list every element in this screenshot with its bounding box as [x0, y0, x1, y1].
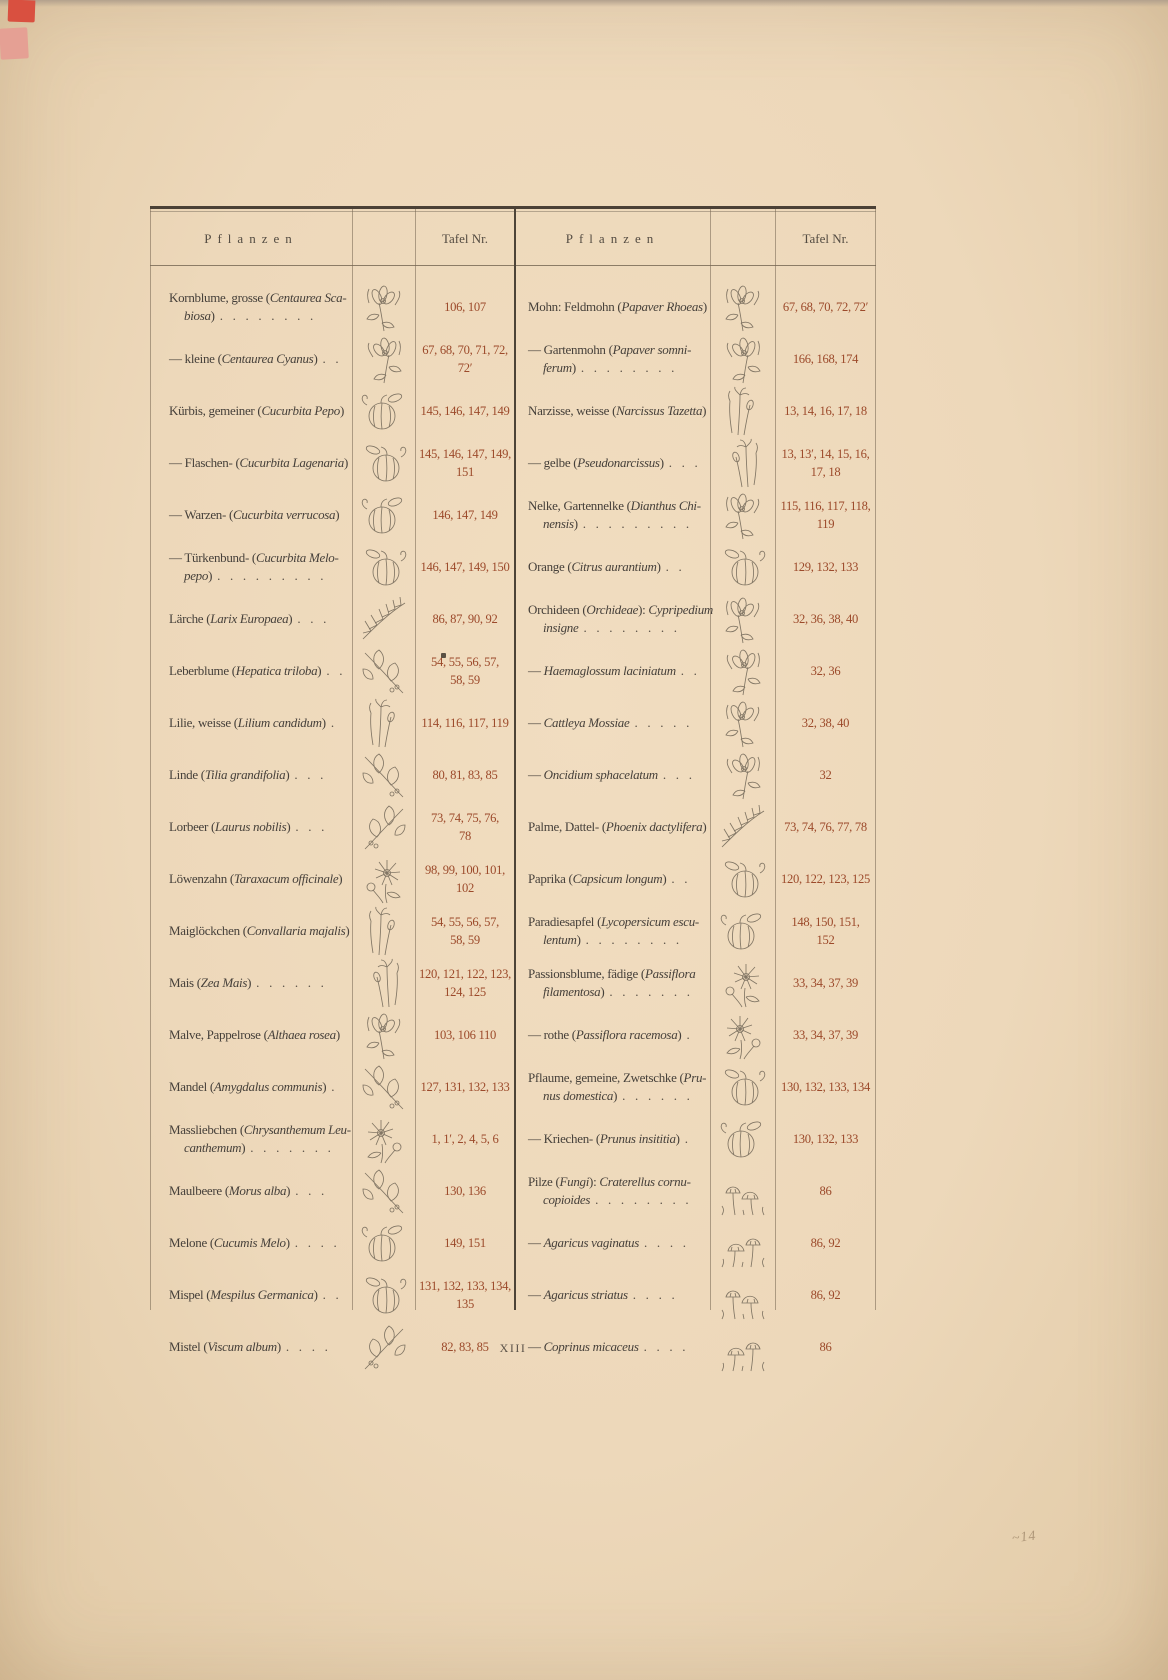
- index-entry: Maulbeere (Morus alba). . .130, 136: [150, 1165, 515, 1217]
- latin-name: Passiflora racemosa: [576, 1027, 678, 1042]
- index-column-left: Kornblume, grosse (Centaurea Sca-biosa).…: [150, 266, 515, 1310]
- plant-name: Leberblume (Hepatica triloba). .: [150, 662, 352, 680]
- plant-name-text: Mohn: Feldmohn (: [528, 299, 621, 314]
- dot-leader: . . .: [290, 1183, 324, 1198]
- plant-name-text: —: [528, 767, 544, 782]
- latin-name: Larix Europaea: [210, 611, 288, 626]
- plant-name-text: Pflaume, gemeine, Zwetschke (: [528, 1070, 684, 1085]
- plant-name-text: Paprika (: [528, 871, 573, 886]
- latin-name: Agaricus striatus: [544, 1287, 628, 1302]
- plate-numbers: 106, 107: [415, 298, 515, 316]
- plate-numbers: 32, 36: [775, 662, 876, 680]
- plant-name-text: Malve, Pappelrose (: [169, 1027, 268, 1042]
- latin-name: biosa: [184, 308, 211, 323]
- plate-numbers: 86, 92: [775, 1234, 876, 1252]
- index-entry: Mohn: Feldmohn (Papaver Rhoeas)67, 68, 7…: [515, 281, 876, 333]
- plant-name: — Cattleya Mossiae. . . . .: [515, 714, 710, 732]
- latin-name: ferum: [543, 360, 572, 375]
- header-plate-right: Tafel Nr.: [775, 231, 876, 247]
- latin-name: nus domestica: [543, 1088, 613, 1103]
- plant-name-text: ): [702, 403, 706, 418]
- plant-name-text: Kürbis, gemeiner (: [169, 403, 261, 418]
- plate-numbers: 166, 168, 174: [775, 350, 876, 368]
- plant-name: Mispel (Mespilus Germanica). .: [150, 1286, 352, 1304]
- almond-leaf-illustration: [352, 1061, 415, 1113]
- plant-name-text: Lorbeer (: [169, 819, 215, 834]
- dot-leader: . . .: [292, 611, 326, 626]
- latin-name: Passiflora: [645, 966, 695, 981]
- mulberry-leaf-illustration: [352, 1165, 415, 1217]
- white-narcissus-illustration: [710, 385, 775, 437]
- medlar-fruit-illustration: [352, 1269, 415, 1321]
- dot-leader: . . . . . . . .: [590, 1192, 688, 1207]
- latin-name: Zea Mais: [201, 975, 247, 990]
- latin-name: filamentosa: [543, 984, 600, 999]
- plant-name: Passionsblume, fädige (Passiflorafilamen…: [515, 965, 710, 1002]
- hollyhock-flower-illustration: [352, 1009, 415, 1061]
- plant-name: Maulbeere (Morus alba). . .: [150, 1182, 352, 1200]
- plant-name-text: Massliebchen (: [169, 1122, 244, 1137]
- plant-name: — Türkenbund- (Cucurbita Melo-pepo). . .…: [150, 549, 352, 586]
- craterellus-fungus-illustration: [710, 1165, 775, 1217]
- field-poppy-flower-illustration: [710, 281, 775, 333]
- plate-numbers: 149, 151: [415, 1234, 515, 1252]
- plant-name: — Agaricus vaginatus. . . .: [515, 1234, 710, 1252]
- index-entry: — Oncidium sphacelatum. . .32: [515, 749, 876, 801]
- latin-name: Pseudonarcissus: [577, 455, 659, 470]
- plant-name: Orchideen (Orchideae): Cypripediuminsign…: [515, 601, 710, 638]
- latin-name: Agaricus vaginatus: [544, 1235, 639, 1250]
- latin-name: insigne: [543, 620, 578, 635]
- dot-leader: . . . . . .: [251, 975, 323, 990]
- cattleya-orchid-flower-illustration: [710, 697, 775, 749]
- red-tab: [8, 0, 36, 22]
- dot-leader: . . .: [290, 819, 324, 834]
- dot-leader: . . .: [664, 455, 698, 470]
- latin-name: Centaurea Sca-: [270, 290, 347, 305]
- scan-top-edge: [0, 0, 1168, 7]
- index-entry: Mispel (Mespilus Germanica). .131, 132, …: [150, 1269, 515, 1321]
- plant-name: — Kriechen- (Prunus insititia).: [515, 1130, 710, 1148]
- latin-name: lentum: [543, 932, 577, 947]
- dot-leader: .: [326, 1079, 334, 1094]
- plate-numbers: 115, 116, 117, 118,119: [775, 497, 876, 534]
- index-entry: — Gartenmohn (Papaver somni-ferum). . . …: [515, 333, 876, 385]
- plate-numbers: 148, 150, 151,152: [775, 913, 876, 950]
- latin-name: Taraxacum officinale: [234, 871, 338, 886]
- latin-name: Cattleya Mossiae: [544, 715, 630, 730]
- plate-numbers: 54, 55, 56, 57,58, 59: [415, 653, 515, 690]
- plant-name-text: Lärche (: [169, 611, 210, 626]
- table-header: Pflanzen Tafel Nr. Pflanzen Tafel Nr.: [150, 212, 876, 265]
- plant-name-text: — Flaschen- (: [169, 455, 239, 470]
- plant-name-text: — rothe (: [528, 1027, 576, 1042]
- latin-name: Althaea rosea: [268, 1027, 336, 1042]
- latin-name: Convallaria majalis: [247, 923, 346, 938]
- index-column-right: Mohn: Feldmohn (Papaver Rhoeas)67, 68, 7…: [515, 266, 876, 1310]
- ink-speck: [441, 653, 446, 658]
- latin-name: Cucurbita Lagenaria: [239, 455, 343, 470]
- cornflower-large-illustration: [352, 281, 415, 333]
- yellow-narcissus-illustration: [710, 437, 775, 489]
- cornflower-small-illustration: [352, 333, 415, 385]
- index-entry: Malve, Pappelrose (Althaea rosea)103, 10…: [150, 1009, 515, 1061]
- passionflower-daisy-illustration: [710, 957, 775, 1009]
- pumpkin-gourd-illustration: [352, 385, 415, 437]
- plate-numbers: 103, 106 110: [415, 1026, 515, 1044]
- latin-name: Papaver somni-: [613, 342, 691, 357]
- index-entry: Kürbis, gemeiner (Cucurbita Pepo)145, 14…: [150, 385, 515, 437]
- plate-numbers: 127, 131, 132, 133: [415, 1078, 515, 1096]
- header-plants-right: Pflanzen: [515, 231, 710, 247]
- index-entry: Pilze (Fungi): Craterellus cornu-copioid…: [515, 1165, 876, 1217]
- plant-name-text: ):: [589, 1174, 599, 1189]
- plate-numbers: 145, 146, 147, 149,151: [415, 445, 515, 482]
- index-entry: — Agaricus striatus. . . .86, 92: [515, 1269, 876, 1321]
- index-entry: Massliebchen (Chrysanthemum Leu-canthemu…: [150, 1113, 515, 1165]
- plant-name-text: —: [528, 715, 544, 730]
- dot-leader: . .: [321, 663, 342, 678]
- plate-numbers: 67, 68, 70, 71, 72,72′: [415, 341, 515, 378]
- lily-of-the-valley-illustration: [352, 905, 415, 957]
- latin-name: Narcissus Tazetta: [616, 403, 702, 418]
- maize-lily-illustration: [352, 957, 415, 1009]
- plant-name-text: Mais (: [169, 975, 201, 990]
- dot-leader: .: [680, 1131, 688, 1146]
- dot-leader: . . . . . . . .: [578, 620, 676, 635]
- plant-name-text: Nelke, Gartennelke (: [528, 498, 631, 513]
- paprika-fruit-illustration: [710, 853, 775, 905]
- plate-numbers: 86, 92: [775, 1286, 876, 1304]
- plant-name: — Gartenmohn (Papaver somni-ferum). . . …: [515, 341, 710, 378]
- latin-name: Tilia grandifolia: [205, 767, 286, 782]
- plant-name: Massliebchen (Chrysanthemum Leu-canthemu…: [150, 1121, 352, 1158]
- index-entry: Lärche (Larix Europaea). . .86, 87, 90, …: [150, 593, 515, 645]
- warty-gourd-illustration: [352, 489, 415, 541]
- plant-name-text: —: [528, 663, 544, 678]
- latin-name: pepo: [184, 568, 208, 583]
- turban-gourd-illustration: [352, 541, 415, 593]
- plant-name: Paradiesapfel (Lycopersicum escu-lentum)…: [515, 913, 710, 950]
- plant-name: Kornblume, grosse (Centaurea Sca-biosa).…: [150, 289, 352, 326]
- page-number: XIII: [150, 1341, 876, 1356]
- index-entry: Lorbeer (Laurus nobilis). . .73, 74, 75,…: [150, 801, 515, 853]
- opium-poppy-flower-illustration: [710, 333, 775, 385]
- index-entry: — Agaricus vaginatus. . . .86, 92: [515, 1217, 876, 1269]
- plant-name-text: Paradiesapfel (: [528, 914, 601, 929]
- latin-name: Dianthus Chi-: [631, 498, 701, 513]
- cypripedium-orchid-flower-illustration: [710, 593, 775, 645]
- plant-name-text: Mandel (: [169, 1079, 214, 1094]
- latin-name: Mespilus Germanica: [210, 1287, 313, 1302]
- plate-numbers: 54, 55, 56, 57,58, 59: [415, 913, 515, 950]
- index-entry: Kornblume, grosse (Centaurea Sca-biosa).…: [150, 281, 515, 333]
- laurel-leaf-illustration: [352, 801, 415, 853]
- index-entry: Nelke, Gartennelke (Dianthus Chi-nensis)…: [515, 489, 876, 541]
- plant-name-text: ): [336, 1027, 340, 1042]
- index-entry: — Türkenbund- (Cucurbita Melo-pepo). . .…: [150, 541, 515, 593]
- plate-numbers: 33, 34, 37, 39: [775, 974, 876, 992]
- plate-numbers: 130, 132, 133, 134: [775, 1078, 876, 1096]
- plant-name-text: Mispel (: [169, 1287, 210, 1302]
- latin-name: Cucumis Melo: [214, 1235, 286, 1250]
- plant-name-text: Maiglöckchen (: [169, 923, 247, 938]
- index-entry: — gelbe (Pseudonarcissus). . .13, 13′, 1…: [515, 437, 876, 489]
- plant-name-text: Orange (: [528, 559, 571, 574]
- latin-name: Fungi: [559, 1174, 589, 1189]
- index-entry: — Warzen- (Cucurbita verrucosa)146, 147,…: [150, 489, 515, 541]
- index-entry: Palme, Dattel- (Phoenix dactylifera)73, …: [515, 801, 876, 853]
- plate-numbers: 33, 34, 37, 39: [775, 1026, 876, 1044]
- latin-name: Cucurbita Melo-: [256, 550, 339, 565]
- liverleaf-flower-illustration: [352, 645, 415, 697]
- plate-numbers: 32, 38, 40: [775, 714, 876, 732]
- plate-numbers: 145, 146, 147, 149: [415, 402, 515, 420]
- index-entry: Lilie, weisse (Lilium candidum).114, 116…: [150, 697, 515, 749]
- plant-name: — Oncidium sphacelatum. . .: [515, 766, 710, 784]
- index-entry: Mais (Zea Mais). . . . . .120, 121, 122,…: [150, 957, 515, 1009]
- plant-name-text: Orchideen (: [528, 602, 586, 617]
- pencil-note: ~14: [1011, 1529, 1037, 1548]
- date-palm-frond-illustration: [710, 801, 775, 853]
- dot-leader: . . . . . . . . .: [212, 568, 323, 583]
- index-entry: Melone (Cucumis Melo). . . .149, 151: [150, 1217, 515, 1269]
- plant-name-text: ): [345, 923, 349, 938]
- plant-name-text: ): [657, 559, 661, 574]
- plate-numbers: 129, 132, 133: [775, 558, 876, 576]
- plate-numbers: 130, 136: [415, 1182, 515, 1200]
- plant-name-text: — Türkenbund- (: [169, 550, 256, 565]
- plate-numbers: 1, 1′, 2, 4, 5, 6: [415, 1130, 515, 1148]
- plate-numbers: 32, 36, 38, 40: [775, 610, 876, 628]
- white-lily-illustration: [352, 697, 415, 749]
- plant-name-text: Lilie, weisse (: [169, 715, 238, 730]
- plant-name-text: — kleine (: [169, 351, 222, 366]
- index-entry: Pflaume, gemeine, Zwetschke (Pru-nus dom…: [515, 1061, 876, 1113]
- bottle-gourd-illustration: [352, 437, 415, 489]
- plant-name: Lärche (Larix Europaea). . .: [150, 610, 352, 628]
- oxeye-daisy-illustration: [352, 1113, 415, 1165]
- plant-name: Lilie, weisse (Lilium candidum).: [150, 714, 352, 732]
- plant-name-text: — Gartenmohn (: [528, 342, 613, 357]
- index-entry: — Haemaglossum laciniatum. .32, 36: [515, 645, 876, 697]
- latin-name: Pru-: [684, 1070, 707, 1085]
- oncidium-orchid-flower-illustration: [710, 749, 775, 801]
- pink-tab: [0, 27, 29, 59]
- dot-leader: .: [681, 1027, 689, 1042]
- latin-name: Capsicum longum: [573, 871, 663, 886]
- plate-numbers: 86, 87, 90, 92: [415, 610, 515, 628]
- dot-leader: .: [326, 715, 334, 730]
- agaricus-vaginatus-fungus-illustration: [710, 1217, 775, 1269]
- index-entry: Mandel (Amygdalus communis).127, 131, 13…: [150, 1061, 515, 1113]
- index-entry: Maiglöckchen (Convallaria majalis)54, 55…: [150, 905, 515, 957]
- plant-name: Malve, Pappelrose (Althaea rosea): [150, 1026, 352, 1044]
- plant-name: Mandel (Amygdalus communis).: [150, 1078, 352, 1096]
- plant-name-text: — Warzen- (: [169, 507, 233, 522]
- latin-name: Cypripedium: [648, 602, 713, 617]
- plant-name: — Haemaglossum laciniatum. .: [515, 662, 710, 680]
- plate-numbers: 67, 68, 70, 72, 72′: [775, 298, 876, 316]
- index-entry: Löwenzahn (Taraxacum officinale)98, 99, …: [150, 853, 515, 905]
- plate-numbers: 73, 74, 75, 76,78: [415, 809, 515, 846]
- dot-leader: . . . . . . .: [604, 984, 689, 999]
- tomato-fruit-illustration: [710, 905, 775, 957]
- index-entry: — kleine (Centaurea Cyanus). .67, 68, 70…: [150, 333, 515, 385]
- index-entry: Orange (Citrus aurantium). .129, 132, 13…: [515, 541, 876, 593]
- dot-leader: . . . . .: [629, 715, 689, 730]
- latin-name: Papaver Rhoeas: [621, 299, 702, 314]
- plant-name-text: ): [703, 299, 707, 314]
- dot-leader: . .: [317, 351, 338, 366]
- index-entry: — rothe (Passiflora racemosa).33, 34, 37…: [515, 1009, 876, 1061]
- plant-name-text: ):: [638, 602, 648, 617]
- index-entry: — Flaschen- (Cucurbita Lagenaria)145, 14…: [150, 437, 515, 489]
- plant-name: — gelbe (Pseudonarcissus). . .: [515, 454, 710, 472]
- latin-name: Cucurbita verrucosa: [233, 507, 335, 522]
- dot-leader: . . . . . . .: [245, 1140, 330, 1155]
- plant-name-text: ): [702, 819, 706, 834]
- latin-name: Phoenix dactylifera: [606, 819, 702, 834]
- index-entry: — Kriechen- (Prunus insititia).130, 132,…: [515, 1113, 876, 1165]
- dot-leader: . . . . . .: [617, 1088, 689, 1103]
- plate-numbers: 13, 14, 16, 17, 18: [775, 402, 876, 420]
- plate-numbers: 146, 147, 149: [415, 506, 515, 524]
- latin-name: nensis: [543, 516, 574, 531]
- latin-name: Citrus aurantium: [571, 559, 656, 574]
- latin-name: Morus alba: [229, 1183, 286, 1198]
- plant-name-text: ): [335, 507, 339, 522]
- index-entry: Orchideen (Orchideae): Cypripediuminsign…: [515, 593, 876, 645]
- plant-name: Palme, Dattel- (Phoenix dactylifera): [515, 818, 710, 836]
- dot-leader: . . . . . . . .: [576, 360, 674, 375]
- plate-numbers: 130, 132, 133: [775, 1130, 876, 1148]
- header-plants-left: Pflanzen: [150, 231, 352, 247]
- latin-name: copioides: [543, 1192, 590, 1207]
- latin-name: Lilium candidum: [238, 715, 322, 730]
- plant-name-text: ): [314, 1287, 318, 1302]
- dot-leader: . . . . . . . .: [581, 932, 679, 947]
- dot-leader: . . . . . . . .: [215, 308, 313, 323]
- agaricus-striatus-fungus-illustration: [710, 1269, 775, 1321]
- header-plate-left: Tafel Nr.: [415, 231, 515, 247]
- dandelion-daisy-illustration: [352, 853, 415, 905]
- dot-leader: . . .: [658, 767, 692, 782]
- damson-fruit-illustration: [710, 1113, 775, 1165]
- plant-name: Lorbeer (Laurus nobilis). . .: [150, 818, 352, 836]
- plant-name: Paprika (Capsicum longum). .: [515, 870, 710, 888]
- dot-leader: . . . . . . . . .: [578, 516, 689, 531]
- plum-fruit-illustration: [710, 1061, 775, 1113]
- plant-name-text: ): [344, 455, 348, 470]
- latin-name: Hepatica triloba: [236, 663, 318, 678]
- plate-numbers: 86: [775, 1182, 876, 1200]
- plate-numbers: 146, 147, 149, 150: [415, 558, 515, 576]
- plant-name-text: Passionsblume, fädige (: [528, 966, 645, 981]
- plant-name: Löwenzahn (Taraxacum officinale): [150, 870, 352, 888]
- melon-fruit-illustration: [352, 1217, 415, 1269]
- plant-name: Orange (Citrus aurantium). .: [515, 558, 710, 576]
- dot-leader: . . .: [289, 767, 323, 782]
- plant-name-text: —: [528, 1287, 544, 1302]
- plant-name-text: Leberblume (: [169, 663, 236, 678]
- latin-name: Oncidium sphacelatum: [544, 767, 658, 782]
- plant-name: Pflaume, gemeine, Zwetschke (Pru-nus dom…: [515, 1069, 710, 1106]
- plant-name-text: — gelbe (: [528, 455, 577, 470]
- latin-name: Cucurbita Pepo: [261, 403, 340, 418]
- dot-leader: . . . .: [290, 1235, 337, 1250]
- table-top-rule: [150, 206, 876, 209]
- index-entry: Narzisse, weisse (Narcissus Tazetta)13, …: [515, 385, 876, 437]
- dot-leader: . . . .: [628, 1287, 675, 1302]
- plant-name-text: — Kriechen- (: [528, 1131, 600, 1146]
- index-entry: — Cattleya Mossiae. . . . .32, 38, 40: [515, 697, 876, 749]
- plant-name-text: Löwenzahn (: [169, 871, 234, 886]
- haemaglossum-orchid-flower-illustration: [710, 645, 775, 697]
- carnation-flower-illustration: [710, 489, 775, 541]
- latin-name: Chrysanthemum Leu-: [244, 1122, 351, 1137]
- latin-name: canthemum: [184, 1140, 241, 1155]
- dot-leader: . .: [666, 871, 687, 886]
- latin-name: Centaurea Cyanus: [222, 351, 314, 366]
- index-entry: Linde (Tilia grandifolia). . .80, 81, 83…: [150, 749, 515, 801]
- index-entry: Passionsblume, fädige (Passiflorafilamen…: [515, 957, 876, 1009]
- plate-numbers: 98, 99, 100, 101,102: [415, 861, 515, 898]
- plant-name-text: Narzisse, weisse (: [528, 403, 616, 418]
- plant-name-text: —: [528, 1235, 544, 1250]
- latin-name: Prunus insititia: [600, 1131, 676, 1146]
- plate-numbers: 120, 121, 122, 123,124, 125: [415, 965, 515, 1002]
- plant-name: — Agaricus striatus. . . .: [515, 1286, 710, 1304]
- plate-numbers: 120, 122, 123, 125: [775, 870, 876, 888]
- plant-name: Maiglöckchen (Convallaria majalis): [150, 922, 352, 940]
- plant-name: — kleine (Centaurea Cyanus). .: [150, 350, 352, 368]
- plate-numbers: 32: [775, 766, 876, 784]
- orange-fruit-illustration: [710, 541, 775, 593]
- latin-name: Amygdalus communis: [214, 1079, 322, 1094]
- plant-name-text: Pilze (: [528, 1174, 559, 1189]
- plant-name: Pilze (Fungi): Craterellus cornu-copioid…: [515, 1173, 710, 1210]
- plant-name: Nelke, Gartennelke (Dianthus Chi-nensis)…: [515, 497, 710, 534]
- plant-name: Melone (Cucumis Melo). . . .: [150, 1234, 352, 1252]
- plant-name-text: ): [340, 403, 344, 418]
- latin-name: Laurus nobilis: [215, 819, 286, 834]
- scanned-page: Pflanzen Tafel Nr. Pflanzen Tafel Nr. Ko…: [0, 0, 1168, 1680]
- plant-name: Kürbis, gemeiner (Cucurbita Pepo): [150, 402, 352, 420]
- plant-name: Mohn: Feldmohn (Papaver Rhoeas): [515, 298, 710, 316]
- index-entry: Paradiesapfel (Lycopersicum escu-lentum)…: [515, 905, 876, 957]
- plant-name-text: Linde (: [169, 767, 205, 782]
- plant-name-text: ): [338, 871, 342, 886]
- plate-numbers: 73, 74, 76, 77, 78: [775, 818, 876, 836]
- plant-name-text: Kornblume, grosse (: [169, 290, 270, 305]
- latin-name: Craterellus cornu-: [599, 1174, 690, 1189]
- dot-leader: . .: [676, 663, 697, 678]
- dot-leader: . . . .: [639, 1235, 686, 1250]
- plant-name: Mais (Zea Mais). . . . . .: [150, 974, 352, 992]
- linden-leaf-illustration: [352, 749, 415, 801]
- plate-numbers: 13, 13′, 14, 15, 16,17, 18: [775, 445, 876, 482]
- latin-name: Lycopersicum escu-: [601, 914, 699, 929]
- plant-name: Narzisse, weisse (Narcissus Tazetta): [515, 402, 710, 420]
- table-body: Kornblume, grosse (Centaurea Sca-biosa).…: [150, 266, 876, 1310]
- index-entry: Paprika (Capsicum longum). .120, 122, 12…: [515, 853, 876, 905]
- plant-name: Linde (Tilia grandifolia). . .: [150, 766, 352, 784]
- dot-leader: . .: [318, 1287, 339, 1302]
- latin-name: Haemaglossum laciniatum: [544, 663, 676, 678]
- plant-name-text: Melone (: [169, 1235, 214, 1250]
- red-passionflower-daisy-illustration: [710, 1009, 775, 1061]
